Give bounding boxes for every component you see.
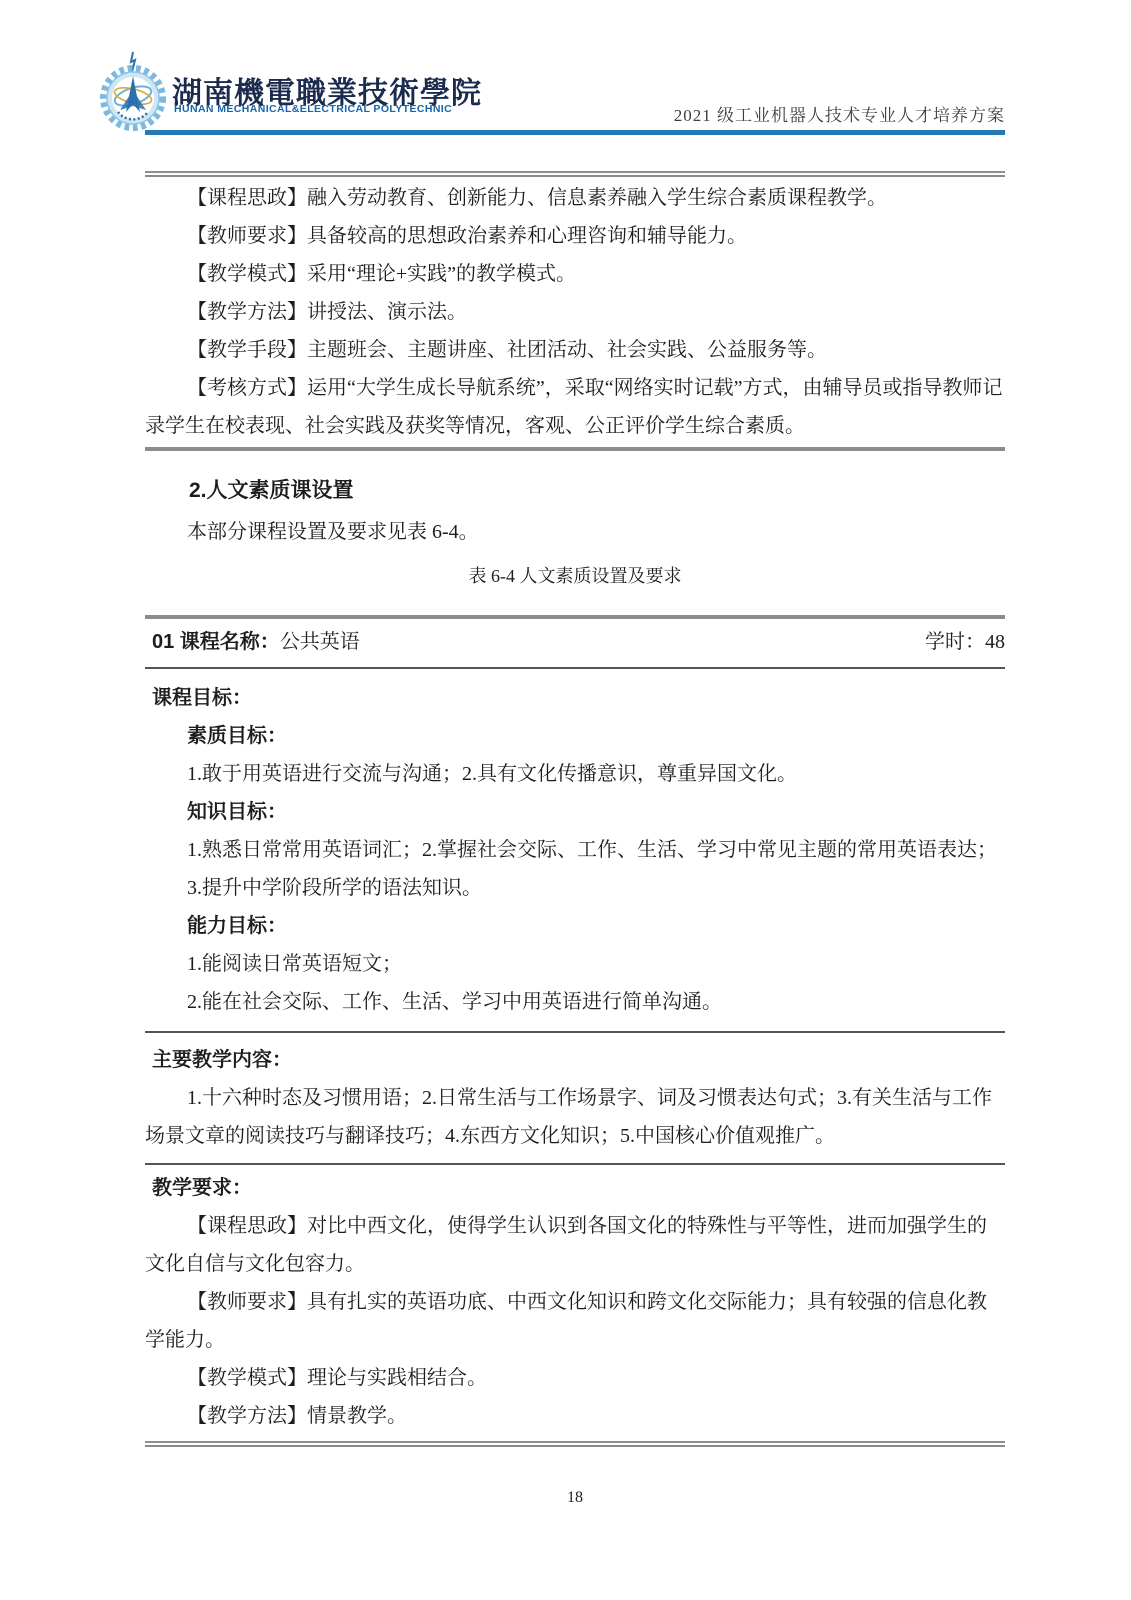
course-row-mode: 【教学模式】采用“理论+实践”的教学模式。	[145, 255, 1005, 293]
document-title: 2021 级工业机器人技术专业人才培养方案	[674, 101, 1005, 126]
page-content: 【课程思政】融入劳动教育、创新能力、信息素养融入学生综合素质课程教学。 【教师要…	[145, 171, 1005, 1517]
requirement-method: 【教学方法】情景教学。	[145, 1397, 1005, 1435]
course-row-method: 【教学方法】讲授法、演示法。	[145, 293, 1005, 331]
teaching-content-body: 1.十六种时态及习惯用语；2.日常生活与工作场景字、词及习惯表达句式；3.有关生…	[145, 1079, 1005, 1155]
quality-goal-item: 1.敢于用英语进行交流与沟通；2.具有文化传播意识，尊重异国文化。	[145, 755, 1005, 793]
knowledge-goal-item-1: 1.熟悉日常常用英语词汇；2.掌握社会交际、工作、生活、学习中常见主题的常用英语…	[145, 831, 1005, 869]
teaching-requirements-cell: 教学要求： 【课程思政】对比中西文化，使得学生认识到各国文化的特殊性与平等性，进…	[145, 1165, 1005, 1441]
ability-goal-title: 能力目标：	[145, 907, 1005, 945]
requirements-title: 教学要求：	[145, 1169, 1005, 1207]
course-row-means: 【教学手段】主题班会、主题讲座、社团活动、社会实践、公益服务等。	[145, 331, 1005, 369]
ability-goal-item-1: 1.能阅读日常英语短文；	[145, 945, 1005, 983]
course-row-ideology: 【课程思政】融入劳动教育、创新能力、信息素养融入学生综合素质课程教学。	[145, 179, 1005, 217]
section-heading: 2.人文素质课设置	[145, 475, 1005, 507]
teaching-content-title: 主要教学内容：	[145, 1041, 1005, 1079]
section-intro: 本部分课程设置及要求见表 6-4。	[145, 513, 1005, 551]
course-header-row: 01 课程名称：公共英语 学时：48	[145, 619, 1005, 667]
hours-label: 学时：	[925, 631, 985, 653]
course-name-cell: 01 课程名称：公共英语	[145, 627, 360, 657]
document-page: 湖南機電職業技術學院 HUNAN MECHANICAL&ELECTRICAL P…	[0, 0, 1131, 1600]
course-hours-cell: 学时：48	[925, 627, 1005, 657]
knowledge-goal-item-2: 3.提升中学阶段所学的语法知识。	[145, 869, 1005, 907]
requirement-ideology: 【课程思政】对比中西文化，使得学生认识到各国文化的特殊性与平等性，进而加强学生的…	[145, 1207, 1005, 1283]
requirement-mode: 【教学模式】理论与实践相结合。	[145, 1359, 1005, 1397]
page-number: 18	[145, 1479, 1005, 1517]
header-accent-rule	[145, 130, 1005, 135]
course-objectives-cell: 课程目标： 素质目标： 1.敢于用英语进行交流与沟通；2.具有文化传播意识，尊重…	[145, 669, 1005, 1031]
school-logo-gear-icon	[100, 50, 166, 132]
objectives-title: 课程目标：	[145, 679, 1005, 717]
course-table-bottom-border	[145, 1441, 1005, 1447]
previous-course-requirements-block: 【课程思政】融入劳动教育、创新能力、信息素养融入学生综合素质课程教学。 【教师要…	[145, 177, 1005, 447]
requirement-teacher: 【教师要求】具有扎实的英语功底、中西文化知识和跨文化交际能力；具有较强的信息化教…	[145, 1283, 1005, 1359]
page-header: 湖南機電職業技術學院 HUNAN MECHANICAL&ELECTRICAL P…	[0, 0, 1131, 171]
knowledge-goal-title: 知识目标：	[145, 793, 1005, 831]
ability-goal-item-2: 2.能在社会交际、工作、生活、学习中用英语进行简单沟通。	[145, 983, 1005, 1021]
course-number-label: 01 课程名称：	[145, 631, 280, 653]
table-bottom-border	[145, 447, 1005, 451]
table-caption: 表 6-4 人文素质设置及要求	[145, 561, 1005, 591]
school-name-english: HUNAN MECHANICAL&ELECTRICAL POLYTECHNIC	[174, 103, 452, 115]
hours-value: 48	[985, 631, 1005, 653]
course-name-value: 公共英语	[280, 631, 360, 653]
quality-goal-title: 素质目标：	[145, 717, 1005, 755]
teaching-content-cell: 主要教学内容： 1.十六种时态及习惯用语；2.日常生活与工作场景字、词及习惯表达…	[145, 1033, 1005, 1163]
course-row-teacher: 【教师要求】具备较高的思想政治素养和心理咨询和辅导能力。	[145, 217, 1005, 255]
course-row-assessment: 【考核方式】运用“大学生成长导航系统”，采取“网络实时记载”方式，由辅导员或指导…	[145, 369, 1005, 445]
